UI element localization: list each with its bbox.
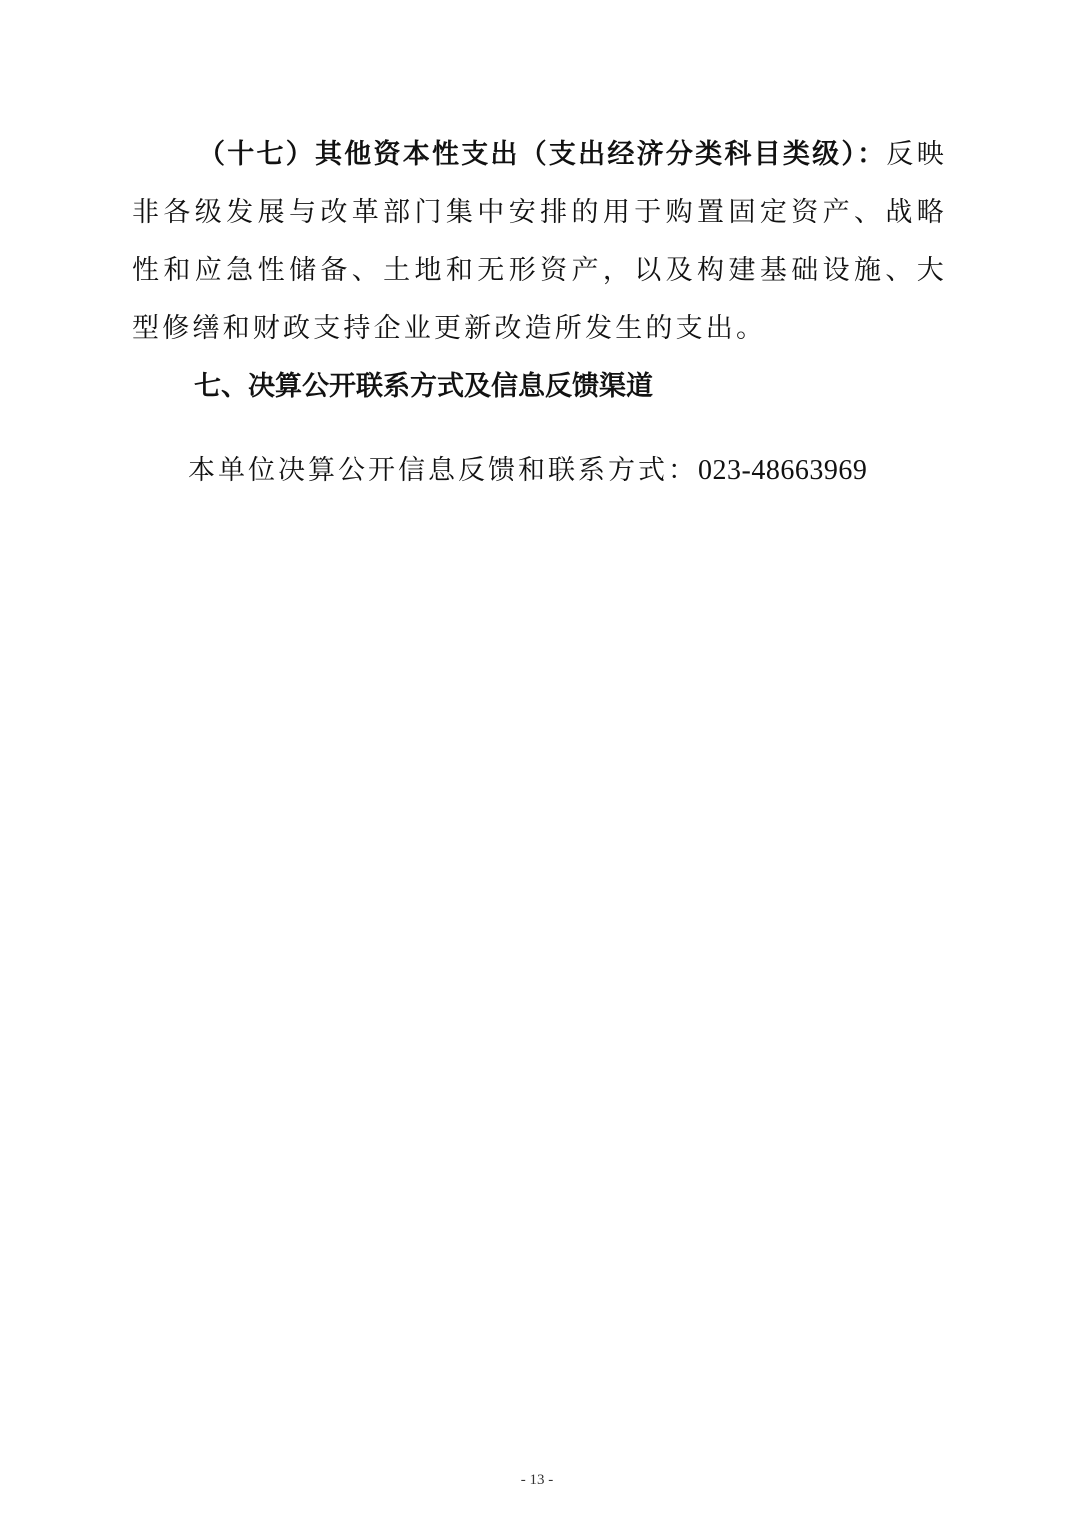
- contact-phone: 023-48663969: [698, 455, 867, 486]
- section-heading: 七、决算公开联系方式及信息反馈渠道: [194, 364, 653, 403]
- contact-label: 本单位决算公开信息反馈和联系方式：: [188, 455, 698, 486]
- contact-line: 本单位决算公开信息反馈和联系方式：023-48663969: [188, 448, 867, 487]
- paragraph-colon: ：: [857, 139, 886, 170]
- paragraph-title: （十七）其他资本性支出（支出经济分类科目类级）: [198, 139, 857, 170]
- page-number: - 13 -: [0, 1472, 1074, 1489]
- paragraph-other-capital-expenditure: （十七）其他资本性支出（支出经济分类科目类级）：反映非各级发展与改革部门集中安排…: [132, 126, 947, 358]
- document-page: （十七）其他资本性支出（支出经济分类科目类级）：反映非各级发展与改革部门集中安排…: [0, 0, 1074, 1520]
